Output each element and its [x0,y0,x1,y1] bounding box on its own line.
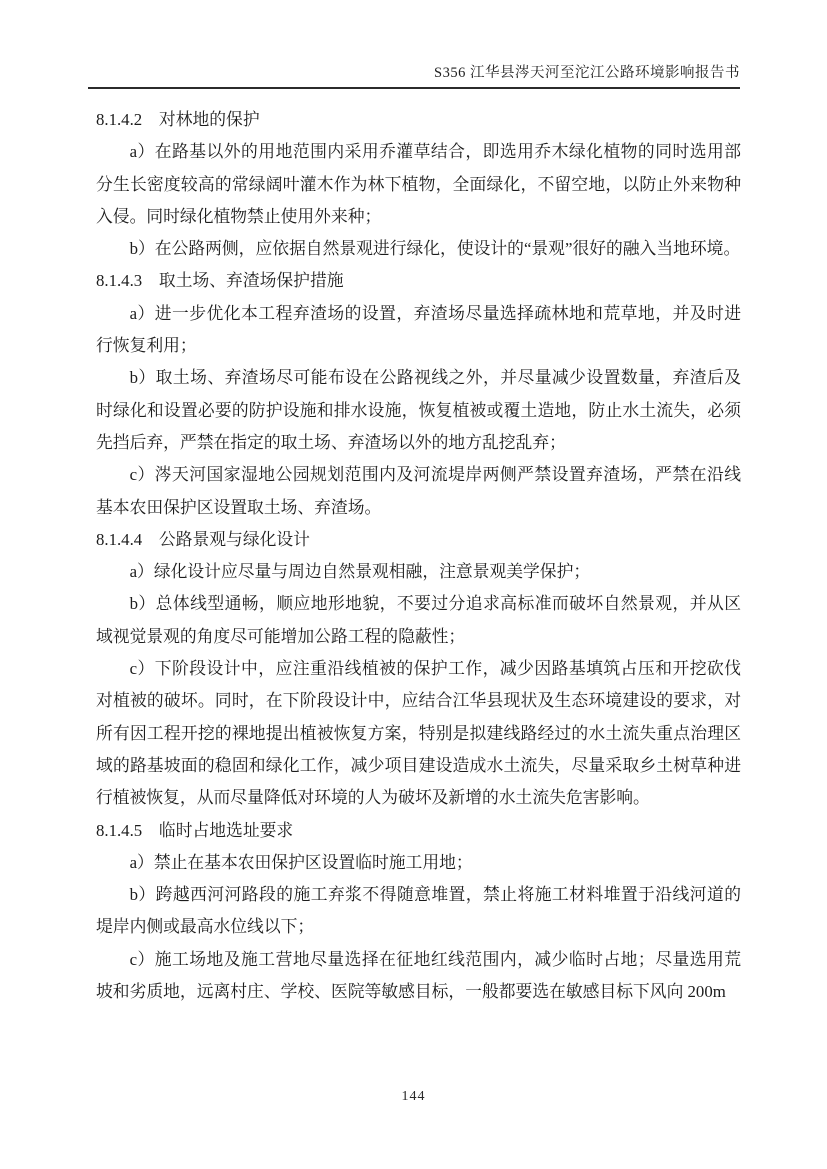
body-paragraph: c）涔天河国家湿地公园规划范围内及河流堤岸两侧严禁设置弃渣场，严禁在沿线基本农田… [96,459,741,524]
section-heading: 8.1.4.2 对林地的保护 [96,104,741,136]
body-paragraph: b）在公路两侧，应依据自然景观进行绿化，使设计的“景观”很好的融入当地环境。 [96,233,741,265]
document-body: 8.1.4.2 对林地的保护a）在路基以外的用地范围内采用乔灌草结合，即选用乔木… [96,104,741,1008]
page-footer: 144 [0,1089,827,1105]
body-paragraph: c）下阶段设计中，应注重沿线植被的保护工作，减少因路基填筑占压和开挖砍伐对植被的… [96,653,741,814]
body-paragraph: a）禁止在基本农田保护区设置临时施工用地； [96,847,741,879]
document-page: S356 江华县涔天河至沱江公路环境影响报告书 8.1.4.2 对林地的保护a）… [0,0,827,1169]
body-paragraph: a）在路基以外的用地范围内采用乔灌草结合，即选用乔木绿化植物的同时选用部分生长密… [96,136,741,233]
header-title: S356 江华县涔天河至沱江公路环境影响报告书 [434,65,740,81]
body-paragraph: c）施工场地及施工营地尽量选择在征地红线范围内，减少临时占地；尽量选用荒坡和劣质… [96,944,741,1009]
section-heading: 8.1.4.3 取土场、弃渣场保护措施 [96,265,741,297]
body-paragraph: b）取土场、弃渣场尽可能布设在公路视线之外，并尽量减少设置数量，弃渣后及时绿化和… [96,362,741,459]
section-heading: 8.1.4.5 临时占地选址要求 [96,815,741,847]
body-paragraph: b）跨越西河河路段的施工弃浆不得随意堆置，禁止将施工材料堆置于沿线河道的堤岸内侧… [96,879,741,944]
section-heading: 8.1.4.4 公路景观与绿化设计 [96,524,741,556]
body-paragraph: b）总体线型通畅，顺应地形地貌，不要过分追求高标准而破坏自然景观，并从区域视觉景… [96,588,741,653]
page-header: S356 江华县涔天河至沱江公路环境影响报告书 [88,63,740,89]
body-paragraph: a）绿化设计应尽量与周边自然景观相融，注意景观美学保护； [96,556,741,588]
body-paragraph: a）进一步优化本工程弃渣场的设置，弃渣场尽量选择疏林地和荒草地，并及时进行恢复利… [96,298,741,363]
page-number: 144 [402,1089,426,1104]
